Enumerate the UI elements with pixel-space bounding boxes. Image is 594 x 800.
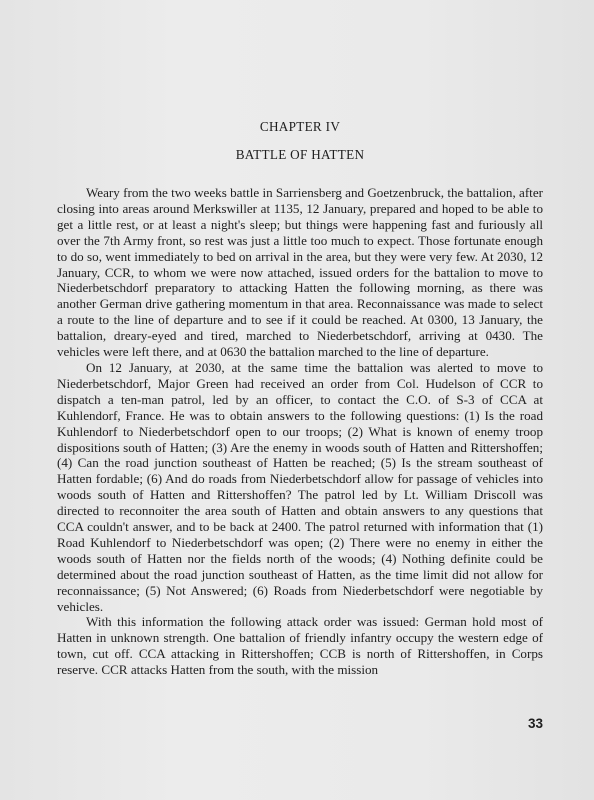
chapter-number: CHAPTER IV [57, 119, 543, 135]
page-number: 33 [528, 716, 543, 731]
paragraph: With this information the following atta… [57, 614, 543, 678]
book-page: CHAPTER IV BATTLE OF HATTEN Weary from t… [57, 0, 543, 800]
paragraph: On 12 January, at 2030, at the same time… [57, 360, 543, 615]
paragraph: Weary from the two weeks battle in Sarri… [57, 185, 543, 360]
chapter-title: BATTLE OF HATTEN [57, 147, 543, 163]
body-text: Weary from the two weeks battle in Sarri… [57, 185, 543, 678]
